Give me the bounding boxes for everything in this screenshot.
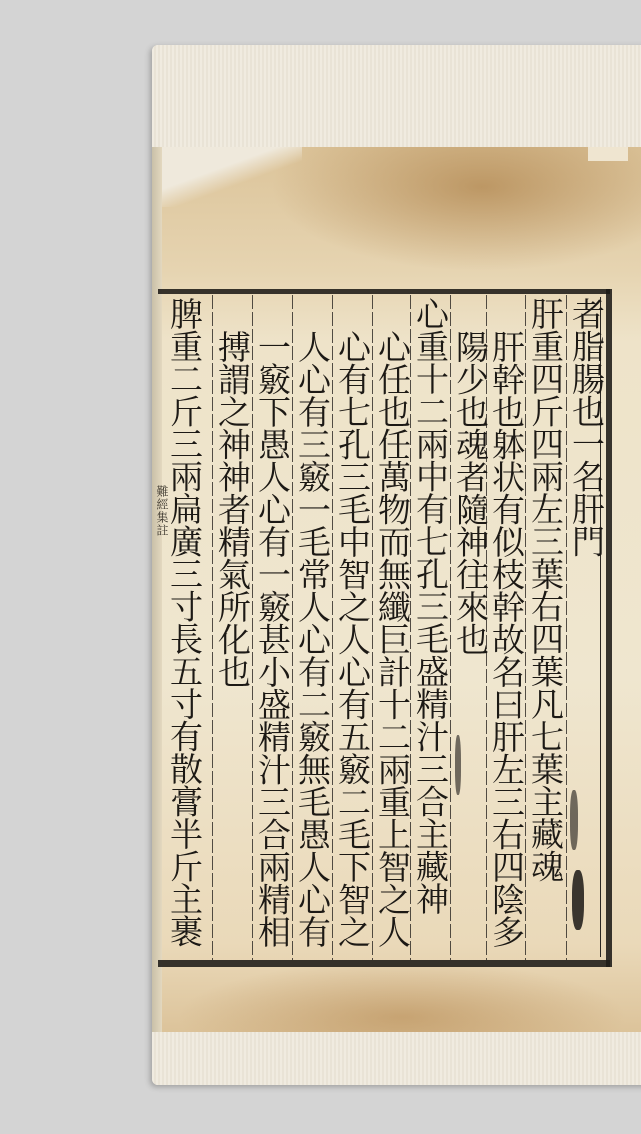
- repair-patch: [588, 147, 628, 161]
- frame-right-border: [606, 289, 612, 967]
- text-column-3: 肝幹也躰状有似枝幹故名曰肝左三右四陰多: [486, 330, 526, 948]
- text-column-7: 心有七孔三毛中智之人心有五竅二毛下智之: [332, 330, 372, 948]
- torn-edge: [152, 147, 302, 207]
- ink-blot: [455, 735, 461, 795]
- text-column-2: 肝重四斤四兩左三葉右四葉凡七葉主藏魂: [525, 297, 565, 882]
- text-column-11: 脾重二斤三兩扁廣三寸長五寸有散膏半斤主裹: [164, 297, 204, 947]
- text-column-8: 人心有三竅一毛常人心有二竅無毛愚人心有: [292, 330, 332, 948]
- frame-bottom-border: [158, 960, 610, 967]
- text-column-5: 心重十二兩中有七孔三毛盛精汁三合主藏神: [410, 297, 450, 915]
- fold-strip: [152, 147, 162, 1032]
- frame-top-border: [158, 289, 610, 294]
- text-column-10: 搏謂之神神者精氣所化也: [212, 330, 252, 688]
- ink-blot: [572, 870, 584, 930]
- book-page: 難經集註 者脂腸也一名肝門 肝重四斤四兩左三葉右四葉凡七葉主藏魂 肝幹也躰状有似…: [152, 45, 641, 1085]
- ink-blot: [570, 790, 578, 850]
- text-column-6: 心任也任萬物而無纖巨計十二兩重上智之人: [372, 330, 412, 948]
- text-column-9: 一竅下愚人心有一竅甚小盛精汁三合兩精相: [252, 330, 292, 948]
- top-guard-paper: [152, 45, 641, 147]
- text-column-4: 陽少也魂者隨神往來也: [450, 330, 490, 655]
- text-column-1: 者脂腸也一名肝門: [566, 297, 606, 557]
- bottom-guard-paper: [152, 1032, 641, 1085]
